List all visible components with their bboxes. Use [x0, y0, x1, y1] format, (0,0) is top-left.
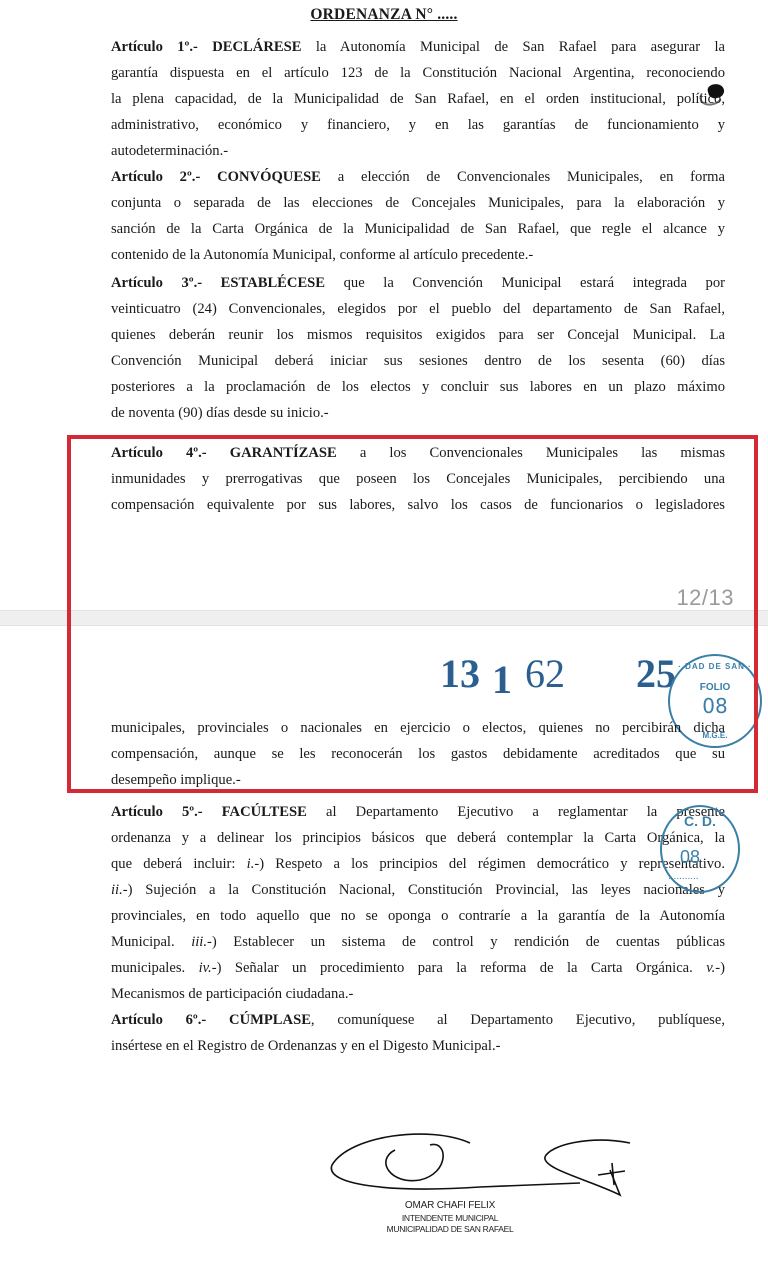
article-5-line-5: provinciales, en todo aquello que no se …	[111, 903, 725, 929]
page-indicator: 12/13	[676, 585, 734, 611]
cd-stamp: C. D. 08 ...........	[660, 805, 740, 893]
article-3-line-3: quienes deberán reunir los mismos requis…	[111, 322, 725, 348]
article-4-line-6: desempeño implique.-	[111, 767, 725, 793]
signatory-role: INTENDENTE MUNICIPAL	[330, 1213, 570, 1223]
article-5-item-iii: iii.-	[191, 934, 212, 950]
article-3-line-5: posteriores a la proclamación de los ele…	[111, 374, 725, 400]
article-3-keyword: ESTABLÉCESE	[221, 275, 325, 291]
article-6-line-2: insértese en el Registro de Ordenanzas y…	[111, 1033, 725, 1059]
article-4-line-5: compensación, aunque se les reconocerán …	[111, 741, 725, 767]
article-1-line-1: Artículo 1º.- DECLÁRESE la Autonomía Mun…	[111, 34, 725, 60]
article-2-line-1: Artículo 2º.- CONVÓQUESE a elección de C…	[111, 164, 725, 190]
article-3-text: que la Convención Municipal estará integ…	[325, 275, 725, 291]
article-4-keyword: GARANTÍZASE	[230, 445, 337, 461]
article-4-line-2: inmunidades y prerrogativas que poseen l…	[111, 466, 725, 492]
article-5-line-7: municipales. iv.-) Señalar un procedimie…	[111, 955, 725, 981]
article-5-item-v: v.-	[706, 960, 720, 976]
handwritten-signature	[330, 1125, 650, 1205]
article-2-line-4: contenido de la Autonomía Municipal, con…	[111, 242, 725, 268]
article-5-line-2: ordenanza y a delinear los principios bá…	[111, 825, 725, 851]
article-5-text-segment: ) Establecer un sistema de control y ren…	[212, 934, 725, 950]
cd-stamp-label: C. D.	[684, 813, 716, 829]
article-1-line-2: garantía dispuesta en el artículo 123 de…	[111, 60, 725, 86]
folio-stamp-ring-text: · DAD DE SAN ·	[670, 662, 760, 671]
page-divider	[0, 610, 768, 626]
handwritten-number-part-2: 1	[492, 656, 512, 703]
article-2-line-3: sanción de la Carta Orgánica de la Munic…	[111, 216, 725, 242]
article-1-line-4: administrativo, económico y financiero, …	[111, 112, 725, 138]
article-4-line-3: compensación equivalente por sus labores…	[111, 492, 725, 518]
article-6-keyword: CÚMPLASE	[229, 1012, 311, 1028]
cd-stamp-number: 08	[680, 847, 700, 868]
article-5-line-4: ii.-) Sujeción a la Constitución Naciona…	[111, 877, 725, 903]
article-5-text-segment: )	[720, 960, 725, 976]
article-5-line-8: Mecanismos de participación ciudadana.-	[111, 981, 725, 1007]
article-1-keyword: DECLÁRESE	[212, 39, 301, 55]
handwritten-number-part-3: 62	[525, 650, 565, 697]
article-5-keyword: FACÚLTESE	[222, 804, 307, 820]
article-4-label: Artículo 4º.-	[111, 445, 207, 461]
article-5-text-segment: ) Sujeción a la Constitución Nacional, C…	[128, 882, 725, 898]
article-2-keyword: CONVÓQUESE	[217, 169, 321, 185]
article-5-label: Artículo 5º.-	[111, 804, 203, 820]
article-5-item-i: i.-	[247, 856, 260, 872]
article-5-text-segment: Municipal.	[111, 934, 191, 950]
article-1-label: Artículo 1º.-	[111, 39, 198, 55]
article-3-line-6: de noventa (90) días desde su inicio.-	[111, 400, 725, 426]
signatory-organization: MUNICIPALIDAD DE SAN RAFAEL	[330, 1224, 570, 1234]
article-5-text-segment: ) Señalar un procedimiento para la refor…	[217, 960, 707, 976]
article-4-line-4: municipales, provinciales o nacionales e…	[111, 715, 725, 741]
article-6-label: Artículo 6º.-	[111, 1012, 206, 1028]
article-5-line-6: Municipal. iii.-) Establecer un sistema …	[111, 929, 725, 955]
article-4-line-1: Artículo 4º.- GARANTÍZASE a los Convenci…	[111, 440, 725, 466]
article-5-line-3: que deberá incluir: i.-) Respeto a los p…	[111, 851, 725, 877]
article-2-line-2: conjunta o separada de las elecciones de…	[111, 190, 725, 216]
article-2-text: a elección de Convencionales Municipales…	[321, 169, 725, 185]
article-5-item-ii: ii.-	[111, 882, 128, 898]
signatory-name: OMAR CHAFI FELIX	[330, 1200, 570, 1211]
handwritten-number-part-1: 13	[440, 650, 480, 697]
ordinance-title: ORDENANZA N° .....	[0, 6, 768, 24]
article-5-line-1: Artículo 5º.- FACÚLTESE al Departamento …	[111, 799, 725, 825]
article-5-text: al Departamento Ejecutivo a reglamentar …	[307, 804, 725, 820]
article-4-text: a los Convencionales Municipales las mis…	[337, 445, 725, 461]
article-5-item-iv: iv.-	[199, 960, 217, 976]
folio-stamp-label: FOLIO	[670, 682, 760, 693]
article-1-line-3: la plena capacidad, de la Municipalidad …	[111, 86, 725, 112]
cd-stamp-dots: ...........	[668, 871, 699, 882]
article-5-text-segment: que deberá incluir:	[111, 856, 247, 872]
article-3-line-2: veinticuatro (24) Convencionales, elegid…	[111, 296, 725, 322]
article-6-line-1: Artículo 6º.- CÚMPLASE, comuníquese al D…	[111, 1007, 725, 1033]
article-3-label: Artículo 3º.-	[111, 275, 202, 291]
article-1-text: la Autonomía Municipal de San Rafael par…	[301, 39, 725, 55]
article-3-line-1: Artículo 3º.- ESTABLÉCESE que la Convenc…	[111, 270, 725, 296]
article-6-text: , comuníquese al Departamento Ejecutivo,…	[311, 1012, 725, 1028]
article-3-line-4: Convención Municipal deberá iniciar sus …	[111, 348, 725, 374]
article-5-text-segment: municipales.	[111, 960, 199, 976]
article-1-line-5: autodeterminación.-	[111, 138, 725, 164]
article-5-text-segment: ) Respeto a los principios del régimen d…	[259, 856, 725, 872]
article-2-label: Artículo 2º.-	[111, 169, 200, 185]
